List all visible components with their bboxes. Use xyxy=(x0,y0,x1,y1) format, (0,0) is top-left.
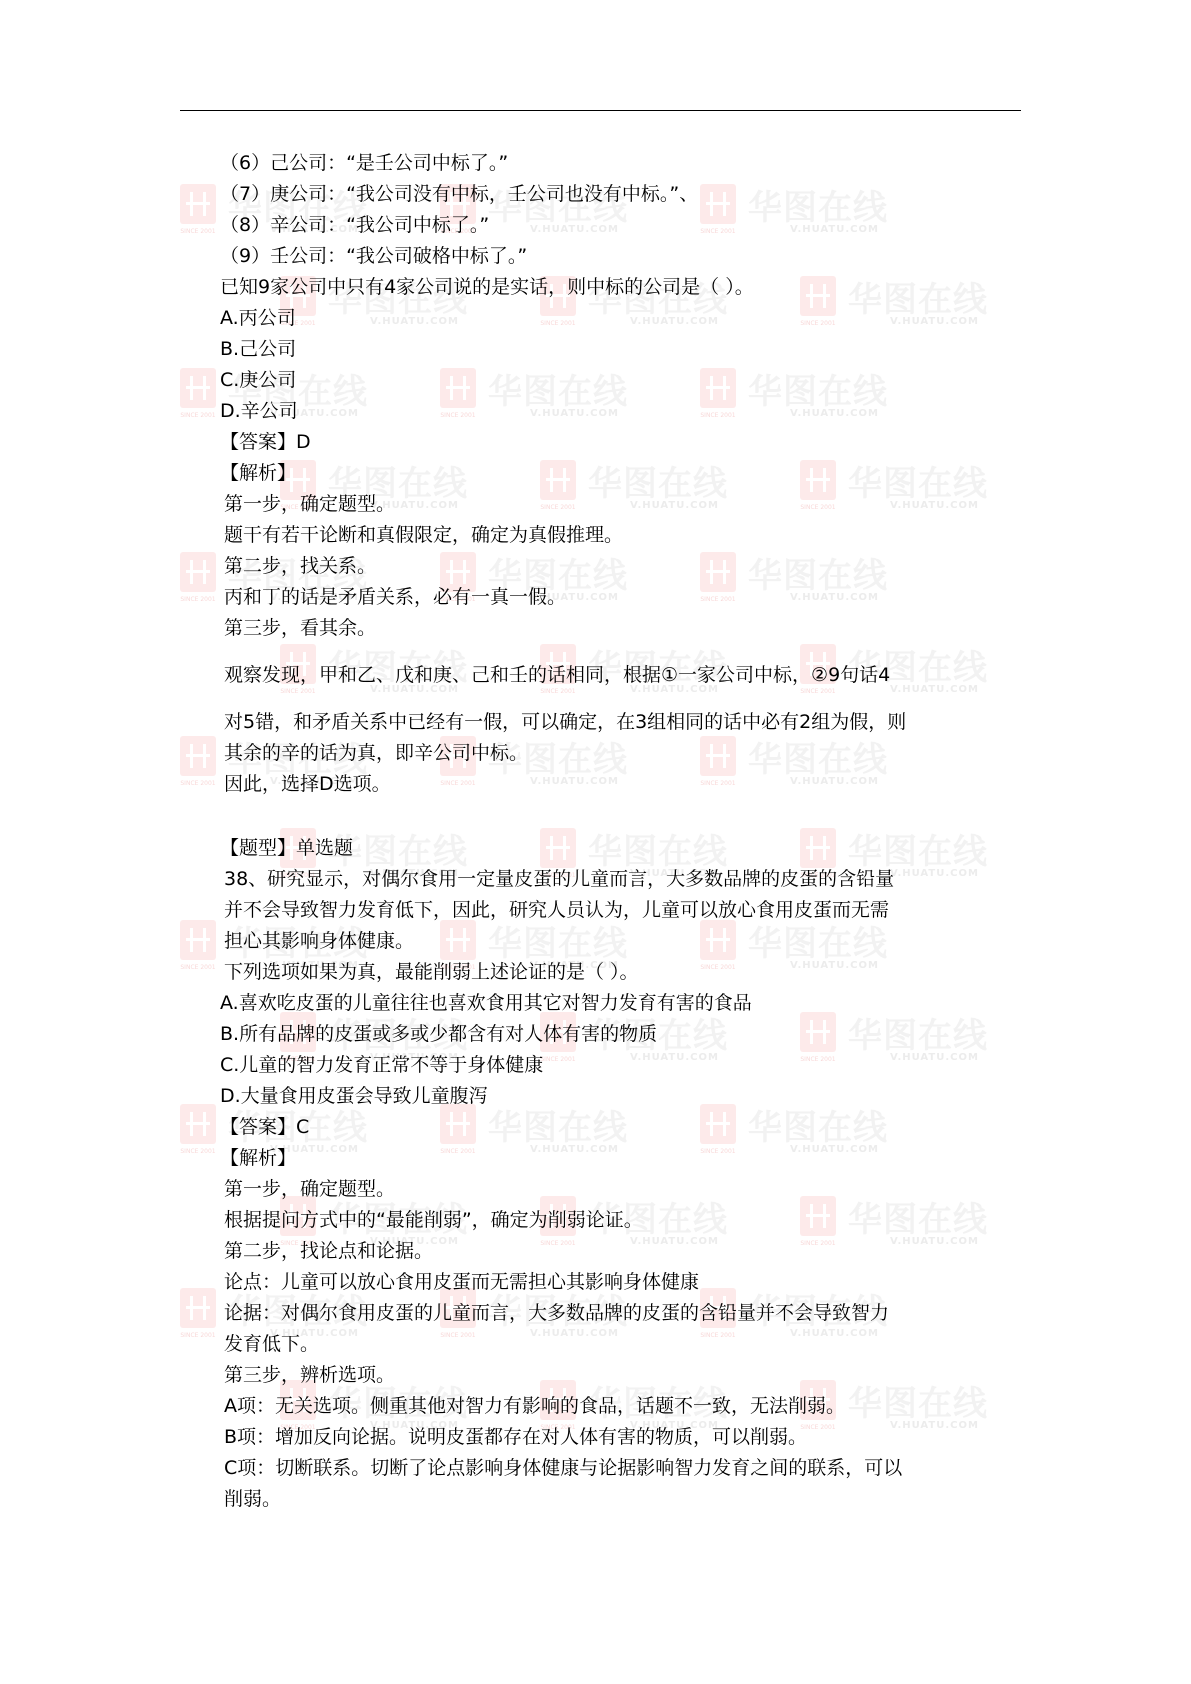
analysis-line: 发育低下。 xyxy=(220,1329,1020,1360)
option-a: A.丙公司 xyxy=(220,303,1020,334)
analysis-line: 第一步，确定题型。 xyxy=(220,1174,1020,1205)
stem-line: 并不会导致智力发育低下，因此，研究人员认为，儿童可以放心食用皮蛋而无需 xyxy=(220,895,1020,926)
option-d: D.大量食用皮蛋会导致儿童腹泻 xyxy=(220,1081,1020,1112)
answer: 【答案】D xyxy=(220,427,1020,458)
statement: （9）壬公司：“我公司破格中标了。” xyxy=(220,241,1020,272)
watermark-logo-icon xyxy=(180,552,216,592)
analysis-line: 第三步，看其余。 xyxy=(220,613,1020,644)
analysis-line: 观察发现，甲和乙、戊和庚、己和壬的话相同，根据①一家公司中标，②9句话4 xyxy=(220,660,1020,691)
option-c: C.庚公司 xyxy=(220,365,1020,396)
watermark-logo-icon xyxy=(180,1104,216,1144)
stem-line: 担心其影响身体健康。 xyxy=(220,926,1020,957)
watermark-logo-icon xyxy=(180,1288,216,1328)
analysis-line: B项：增加反向论据。说明皮蛋都存在对人体有害的物质，可以削弱。 xyxy=(220,1422,1020,1453)
analysis-line: 因此，选择D选项。 xyxy=(220,769,1020,800)
document-body: （6）己公司：“是壬公司中标了。” （7）庚公司：“我公司没有中标，壬公司也没有… xyxy=(220,148,1020,1515)
analysis-line: 论点：儿童可以放心食用皮蛋而无需担心其影响身体健康 xyxy=(220,1267,1020,1298)
option-c: C.儿童的智力发育正常不等于身体健康 xyxy=(220,1050,1020,1081)
analysis-line: 第三步，辨析选项。 xyxy=(220,1360,1020,1391)
question-type: 【题型】单选题 xyxy=(220,833,1020,864)
statement: （7）庚公司：“我公司没有中标，壬公司也没有中标。”、 xyxy=(220,179,1020,210)
analysis-label: 【解析】 xyxy=(220,458,1020,489)
analysis-line: 丙和丁的话是矛盾关系，必有一真一假。 xyxy=(220,582,1020,613)
analysis-line: 根据提问方式中的“最能削弱”，确定为削弱论证。 xyxy=(220,1205,1020,1236)
watermark-logo-icon xyxy=(180,184,216,224)
stem-line: 38、研究显示，对偶尔食用一定量皮蛋的儿童而言，大多数品牌的皮蛋的含铅量 xyxy=(220,864,1020,895)
question-38-options: A.喜欢吃皮蛋的儿童往往也喜欢食用其它对智力发育有害的食品 B.所有品牌的皮蛋或… xyxy=(220,988,1020,1112)
question-37-options: A.丙公司 B.己公司 C.庚公司 D.辛公司 xyxy=(220,303,1020,427)
analysis-label: 【解析】 xyxy=(220,1143,1020,1174)
analysis-line: 题干有若干论断和真假限定，确定为真假推理。 xyxy=(220,520,1020,551)
analysis-line: 论据：对偶尔食用皮蛋的儿童而言，大多数品牌的皮蛋的含铅量并不会导致智力 xyxy=(220,1298,1020,1329)
watermark-logo-icon xyxy=(180,368,216,408)
analysis: 第一步，确定题型。 根据提问方式中的“最能削弱”，确定为削弱论证。 第二步，找论… xyxy=(220,1174,1020,1515)
statement: （6）己公司：“是壬公司中标了。” xyxy=(220,148,1020,179)
answer: 【答案】C xyxy=(220,1112,1020,1143)
analysis-line: 第二步，找关系。 xyxy=(220,551,1020,582)
analysis: 第一步，确定题型。 题干有若干论断和真假限定，确定为真假推理。 第二步，找关系。… xyxy=(220,489,1020,800)
question-37-prompt: 已知9家公司中只有4家公司说的是实话，则中标的公司是（ ）。 xyxy=(220,272,1020,303)
option-b: B.己公司 xyxy=(220,334,1020,365)
analysis-line: 其余的辛的话为真，即辛公司中标。 xyxy=(220,738,1020,769)
watermark-logo-icon xyxy=(180,736,216,776)
analysis-line: 削弱。 xyxy=(220,1484,1020,1515)
analysis-line: 第一步，确定题型。 xyxy=(220,489,1020,520)
question-38-stem: 38、研究显示，对偶尔食用一定量皮蛋的儿童而言，大多数品牌的皮蛋的含铅量 并不会… xyxy=(220,864,1020,957)
option-b: B.所有品牌的皮蛋或多或少都含有对人体有害的物质 xyxy=(220,1019,1020,1050)
question-38-prompt: 下列选项如果为真，最能削弱上述论证的是（ ）。 xyxy=(220,957,1020,988)
option-d: D.辛公司 xyxy=(220,396,1020,427)
analysis-line: 对5错，和矛盾关系中已经有一假，可以确定，在3组相同的话中必有2组为假，则 xyxy=(220,707,1020,738)
analysis-line: 第二步，找论点和论据。 xyxy=(220,1236,1020,1267)
analysis-line: A项：无关选项。侧重其他对智力有影响的食品，话题不一致，无法削弱。 xyxy=(220,1391,1020,1422)
analysis-line: C项：切断联系。切断了论点影响身体健康与论据影响智力发育之间的联系，可以 xyxy=(220,1453,1020,1484)
watermark-logo-icon xyxy=(180,920,216,960)
statement: （8）辛公司：“我公司中标了。” xyxy=(220,210,1020,241)
option-a: A.喜欢吃皮蛋的儿童往往也喜欢食用其它对智力发育有害的食品 xyxy=(220,988,1020,1019)
header-rule xyxy=(180,110,1021,111)
question-37-statements: （6）己公司：“是壬公司中标了。” （7）庚公司：“我公司没有中标，壬公司也没有… xyxy=(220,148,1020,272)
